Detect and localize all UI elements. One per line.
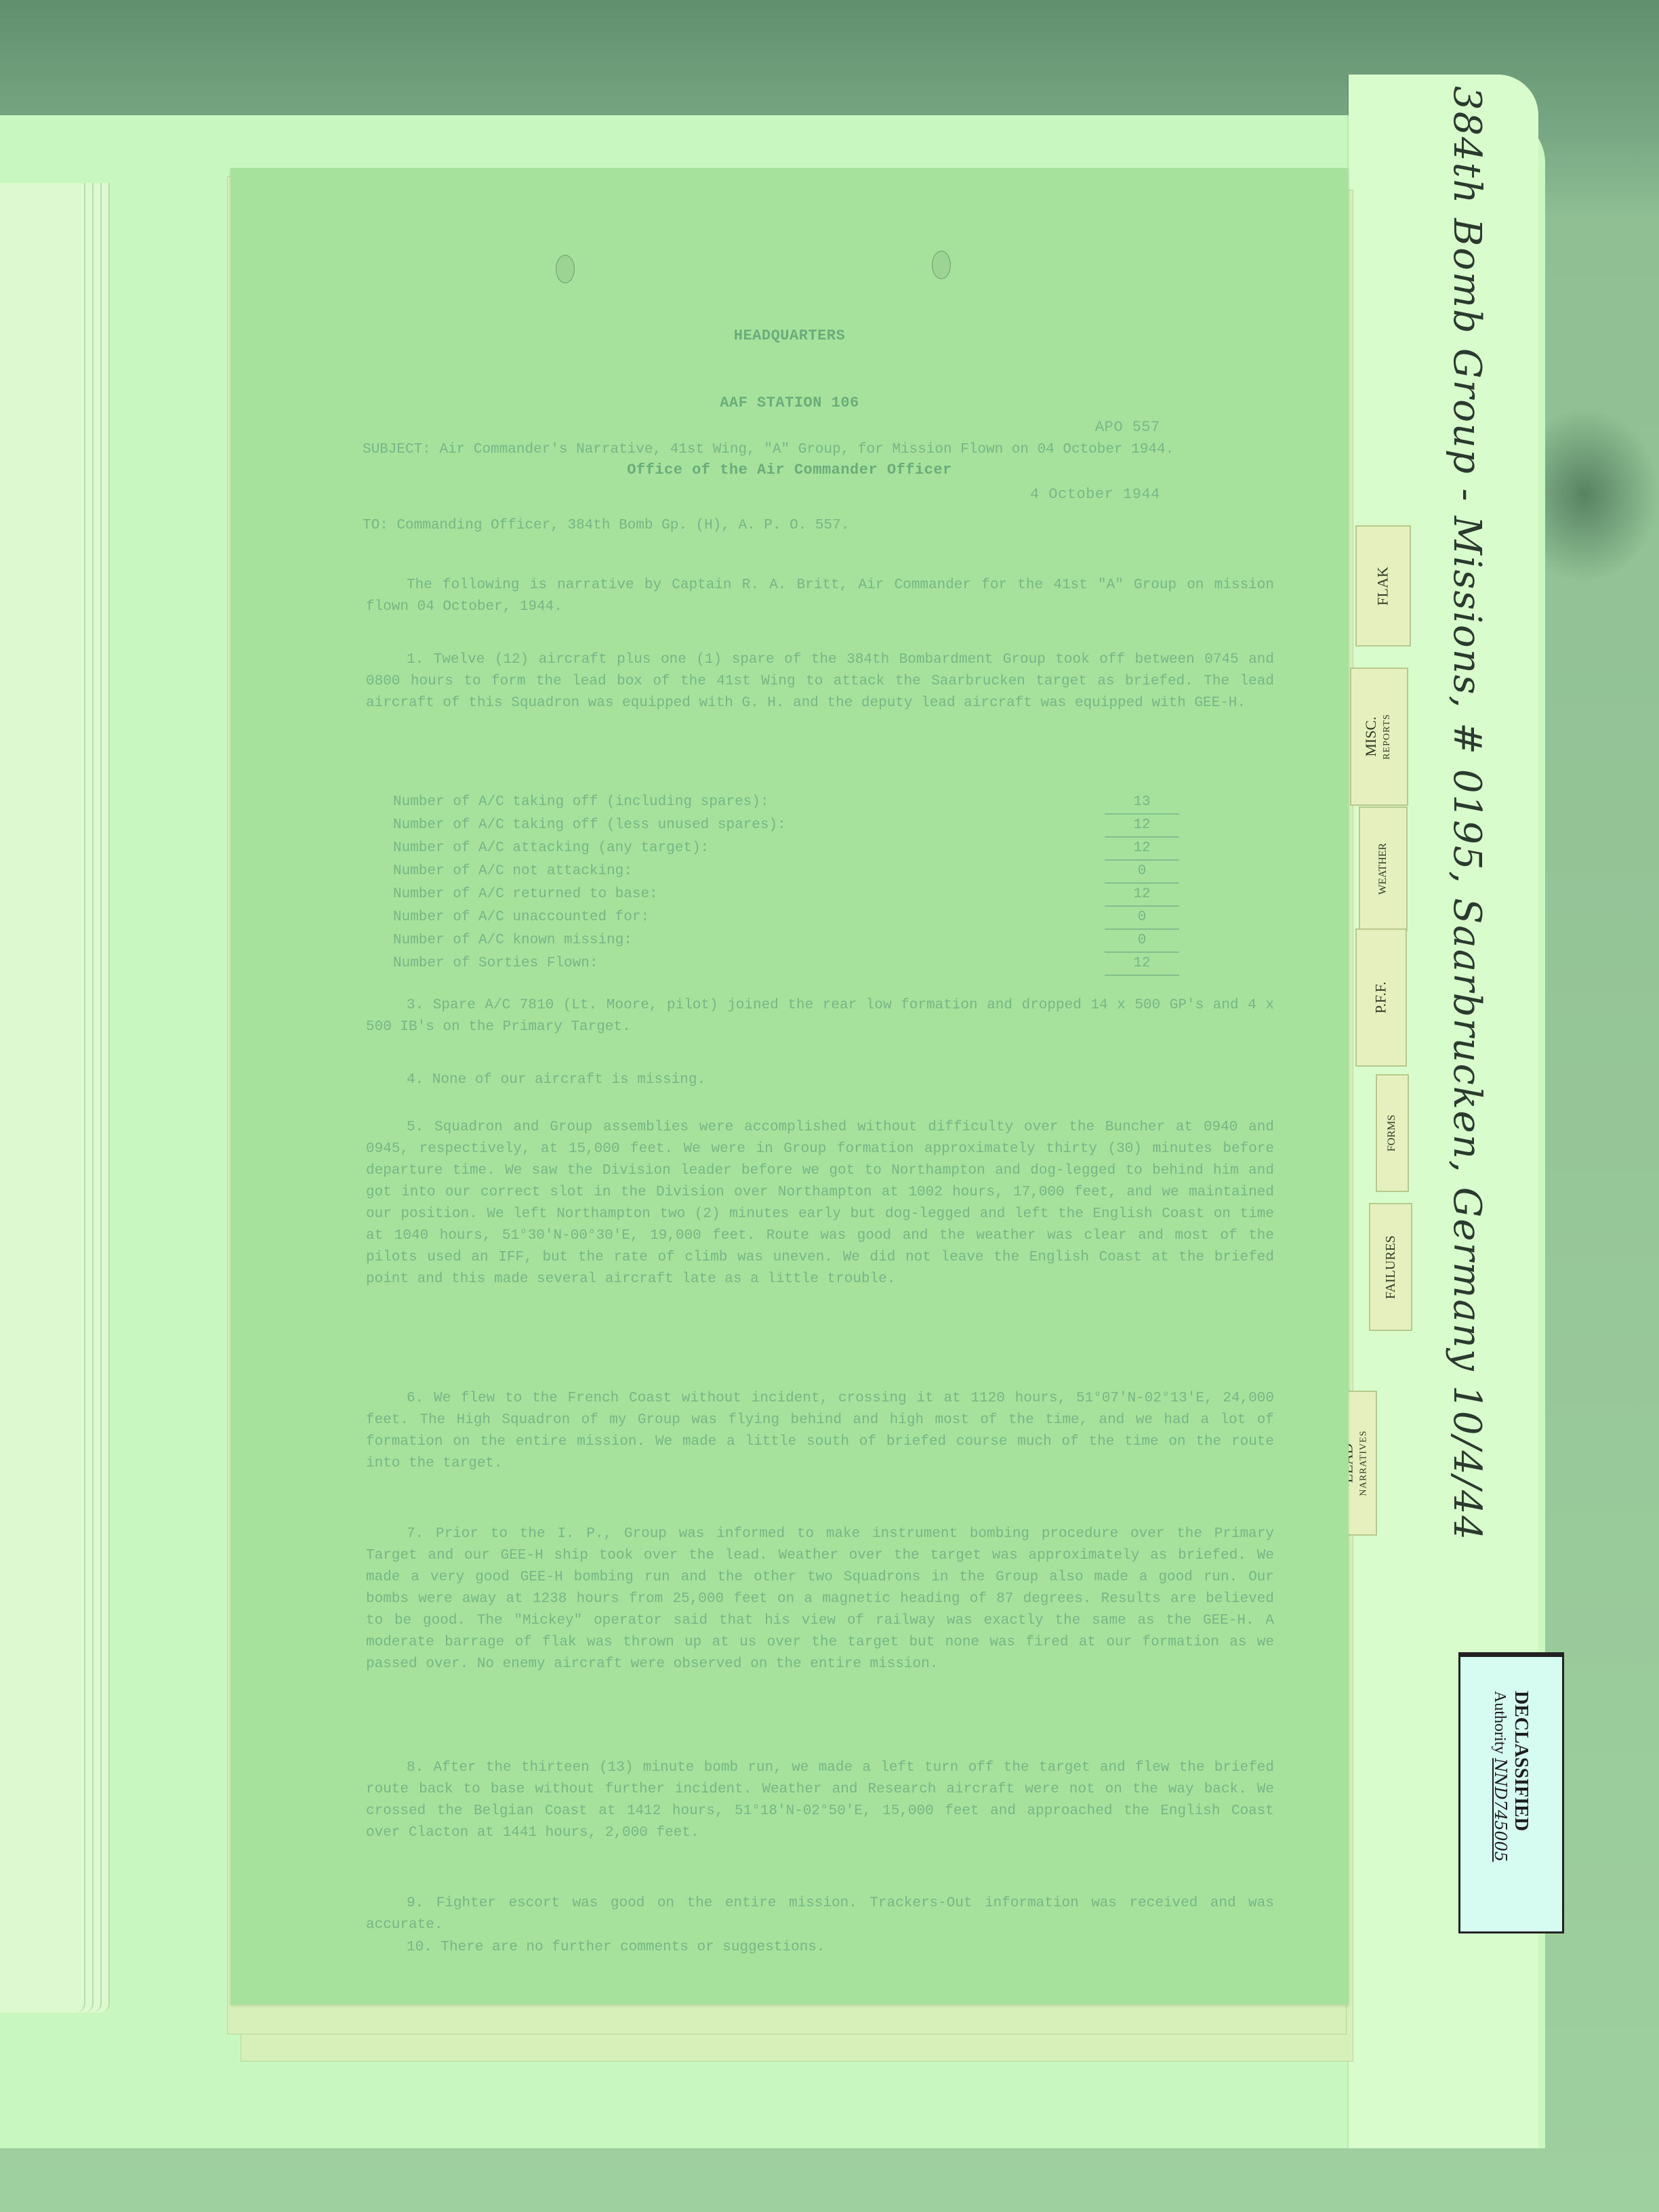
doc-paragraph-6: 6. We flew to the French Coast without i… xyxy=(366,1388,1274,1475)
doc-paragraph-4: 4. None of our aircraft is missing. xyxy=(366,1069,1274,1091)
tab-flak[interactable]: FLAK xyxy=(1355,525,1411,647)
punch-hole xyxy=(556,255,575,283)
tab-lead-sub: NARRATIVES xyxy=(1356,1430,1372,1496)
tab-failures[interactable]: FAILURES xyxy=(1369,1203,1412,1331)
doc-paragraph-3: 3. Spare A/C 7810 (Lt. Moore, pilot) joi… xyxy=(366,995,1274,1038)
tab-failures-label: FAILURES xyxy=(1382,1235,1399,1298)
declassified-stamp: DECLASSIFIED Authority NND745005 xyxy=(1458,1652,1564,1933)
tab-misc-reports[interactable]: MISC.REPORTS xyxy=(1350,668,1408,806)
doc-subject: SUBJECT: Air Commander's Narrative, 41st… xyxy=(363,439,1271,461)
doc-intro: The following is narrative by Captain R.… xyxy=(366,575,1274,618)
tab-weather-label: WEATHER xyxy=(1375,843,1391,895)
document-page: HEADQUARTERS AAF STATION 106 Office of t… xyxy=(230,168,1349,2005)
doc-paragraph-5: 5. Squadron and Group assemblies were ac… xyxy=(366,1117,1274,1290)
tab-forms-label: FORMS xyxy=(1385,1115,1401,1151)
doc-paragraph-8: 8. After the thirteen (13) minute bomb r… xyxy=(366,1757,1274,1844)
doc-paragraph-9: 9. Fighter escort was good on the entire… xyxy=(366,1893,1274,1936)
doc-header: HEADQUARTERS AAF STATION 106 Office of t… xyxy=(230,280,1349,526)
doc-stats: Number of A/C taking off (including spar… xyxy=(393,792,1301,976)
doc-to: TO: Commanding Officer, 384th Bomb Gp. (… xyxy=(363,515,1271,537)
tab-misc-sub: REPORTS xyxy=(1379,714,1395,760)
tab-forms[interactable]: FORMS xyxy=(1376,1074,1409,1192)
tab-misc-label: MISC. xyxy=(1362,716,1379,756)
tab-weather[interactable]: WEATHER xyxy=(1359,806,1408,931)
tab-pff-label: P.F.F. xyxy=(1373,981,1389,1013)
doc-paragraph-7: 7. Prior to the I. P., Group was informe… xyxy=(366,1523,1274,1675)
tab-flak-label: FLAK xyxy=(1375,567,1391,605)
punch-hole xyxy=(932,251,951,279)
stamp-authority: Authority NND745005 xyxy=(1491,1691,1511,1931)
handwritten-label: 384th Bomb Group - Missions, # 0195, Saa… xyxy=(1437,169,1498,1457)
stamp-title: DECLASSIFIED xyxy=(1511,1691,1532,1931)
doc-paragraph-10: 10. There are no further comments or sug… xyxy=(366,1937,1274,1959)
doc-paragraph-1: 1. Twelve (12) aircraft plus one (1) spa… xyxy=(366,649,1274,714)
left-page-stack xyxy=(0,183,112,2013)
tab-pff[interactable]: P.F.F. xyxy=(1355,928,1407,1067)
